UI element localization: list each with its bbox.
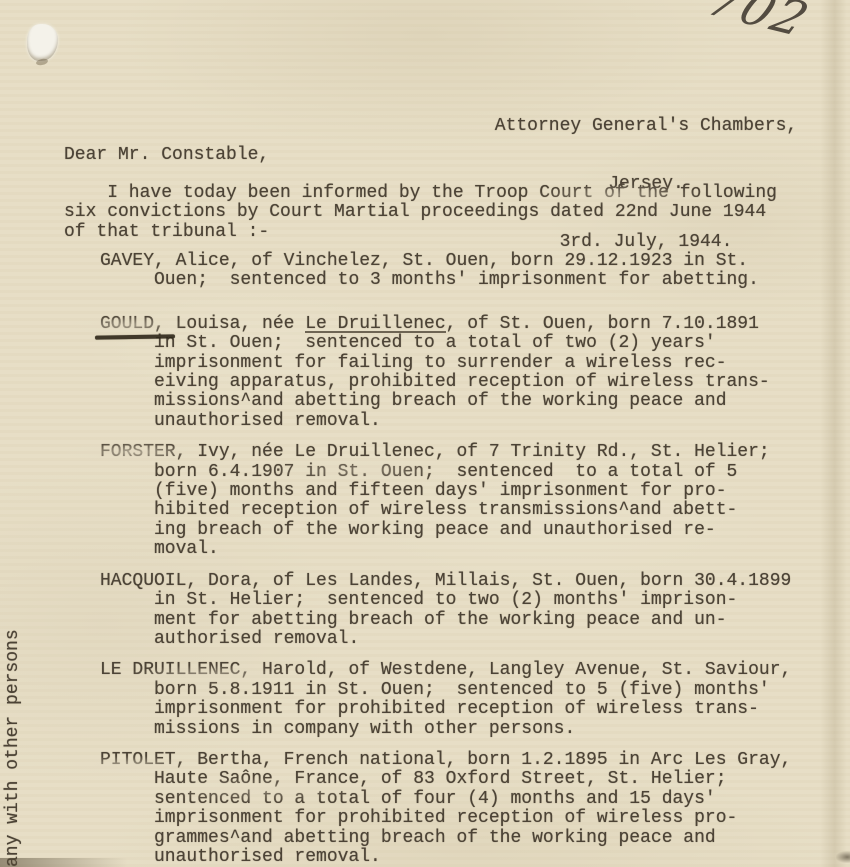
letterhead-office: Attorney General's Chambers,: [488, 117, 804, 136]
conviction-list: GAVEY, Alice, of Vinchelez, St. Ouen, bo…: [100, 252, 820, 867]
conviction-entry-gavey: GAVEY, Alice, of Vinchelez, St. Ouen, bo…: [100, 252, 820, 291]
druillenec-underline: [305, 331, 445, 332]
conviction-entry-forster: FORSTER, Ivy, née Le Druillenec, of 7 Tr…: [100, 443, 820, 559]
document-page: { "page": { "corner_number": "702", "mar…: [0, 0, 850, 867]
paper-hole: [27, 24, 58, 61]
handwritten-page-number: 702: [699, 0, 819, 48]
margin-note: any with other persons: [3, 608, 23, 867]
bottom-left-edge-shadow: [0, 858, 150, 867]
conviction-entry-gould: GOULD, Louisa, née Le Druillenec, of St.…: [100, 315, 820, 431]
conviction-entry-gould-text: GOULD, Louisa, née Le Druillenec, of St.…: [100, 315, 820, 431]
letterhead: Attorney General's Chambers, Jersey. 3rd…: [488, 78, 804, 272]
intro-paragraph: I have today been informed by the Troop …: [64, 184, 777, 242]
salutation: Dear Mr. Constable,: [64, 146, 269, 165]
conviction-entry-le-druillenec: LE DRUILLENEC, Harold, of Westdene, Lang…: [100, 661, 820, 739]
bottom-right-edge-blotch: [836, 851, 850, 863]
conviction-entry-pitolet: PITOLET, Bertha, French national, born 1…: [100, 751, 820, 867]
conviction-entry-hacquoil: HACQUOIL, Dora, of Les Landes, Millais, …: [100, 572, 820, 650]
